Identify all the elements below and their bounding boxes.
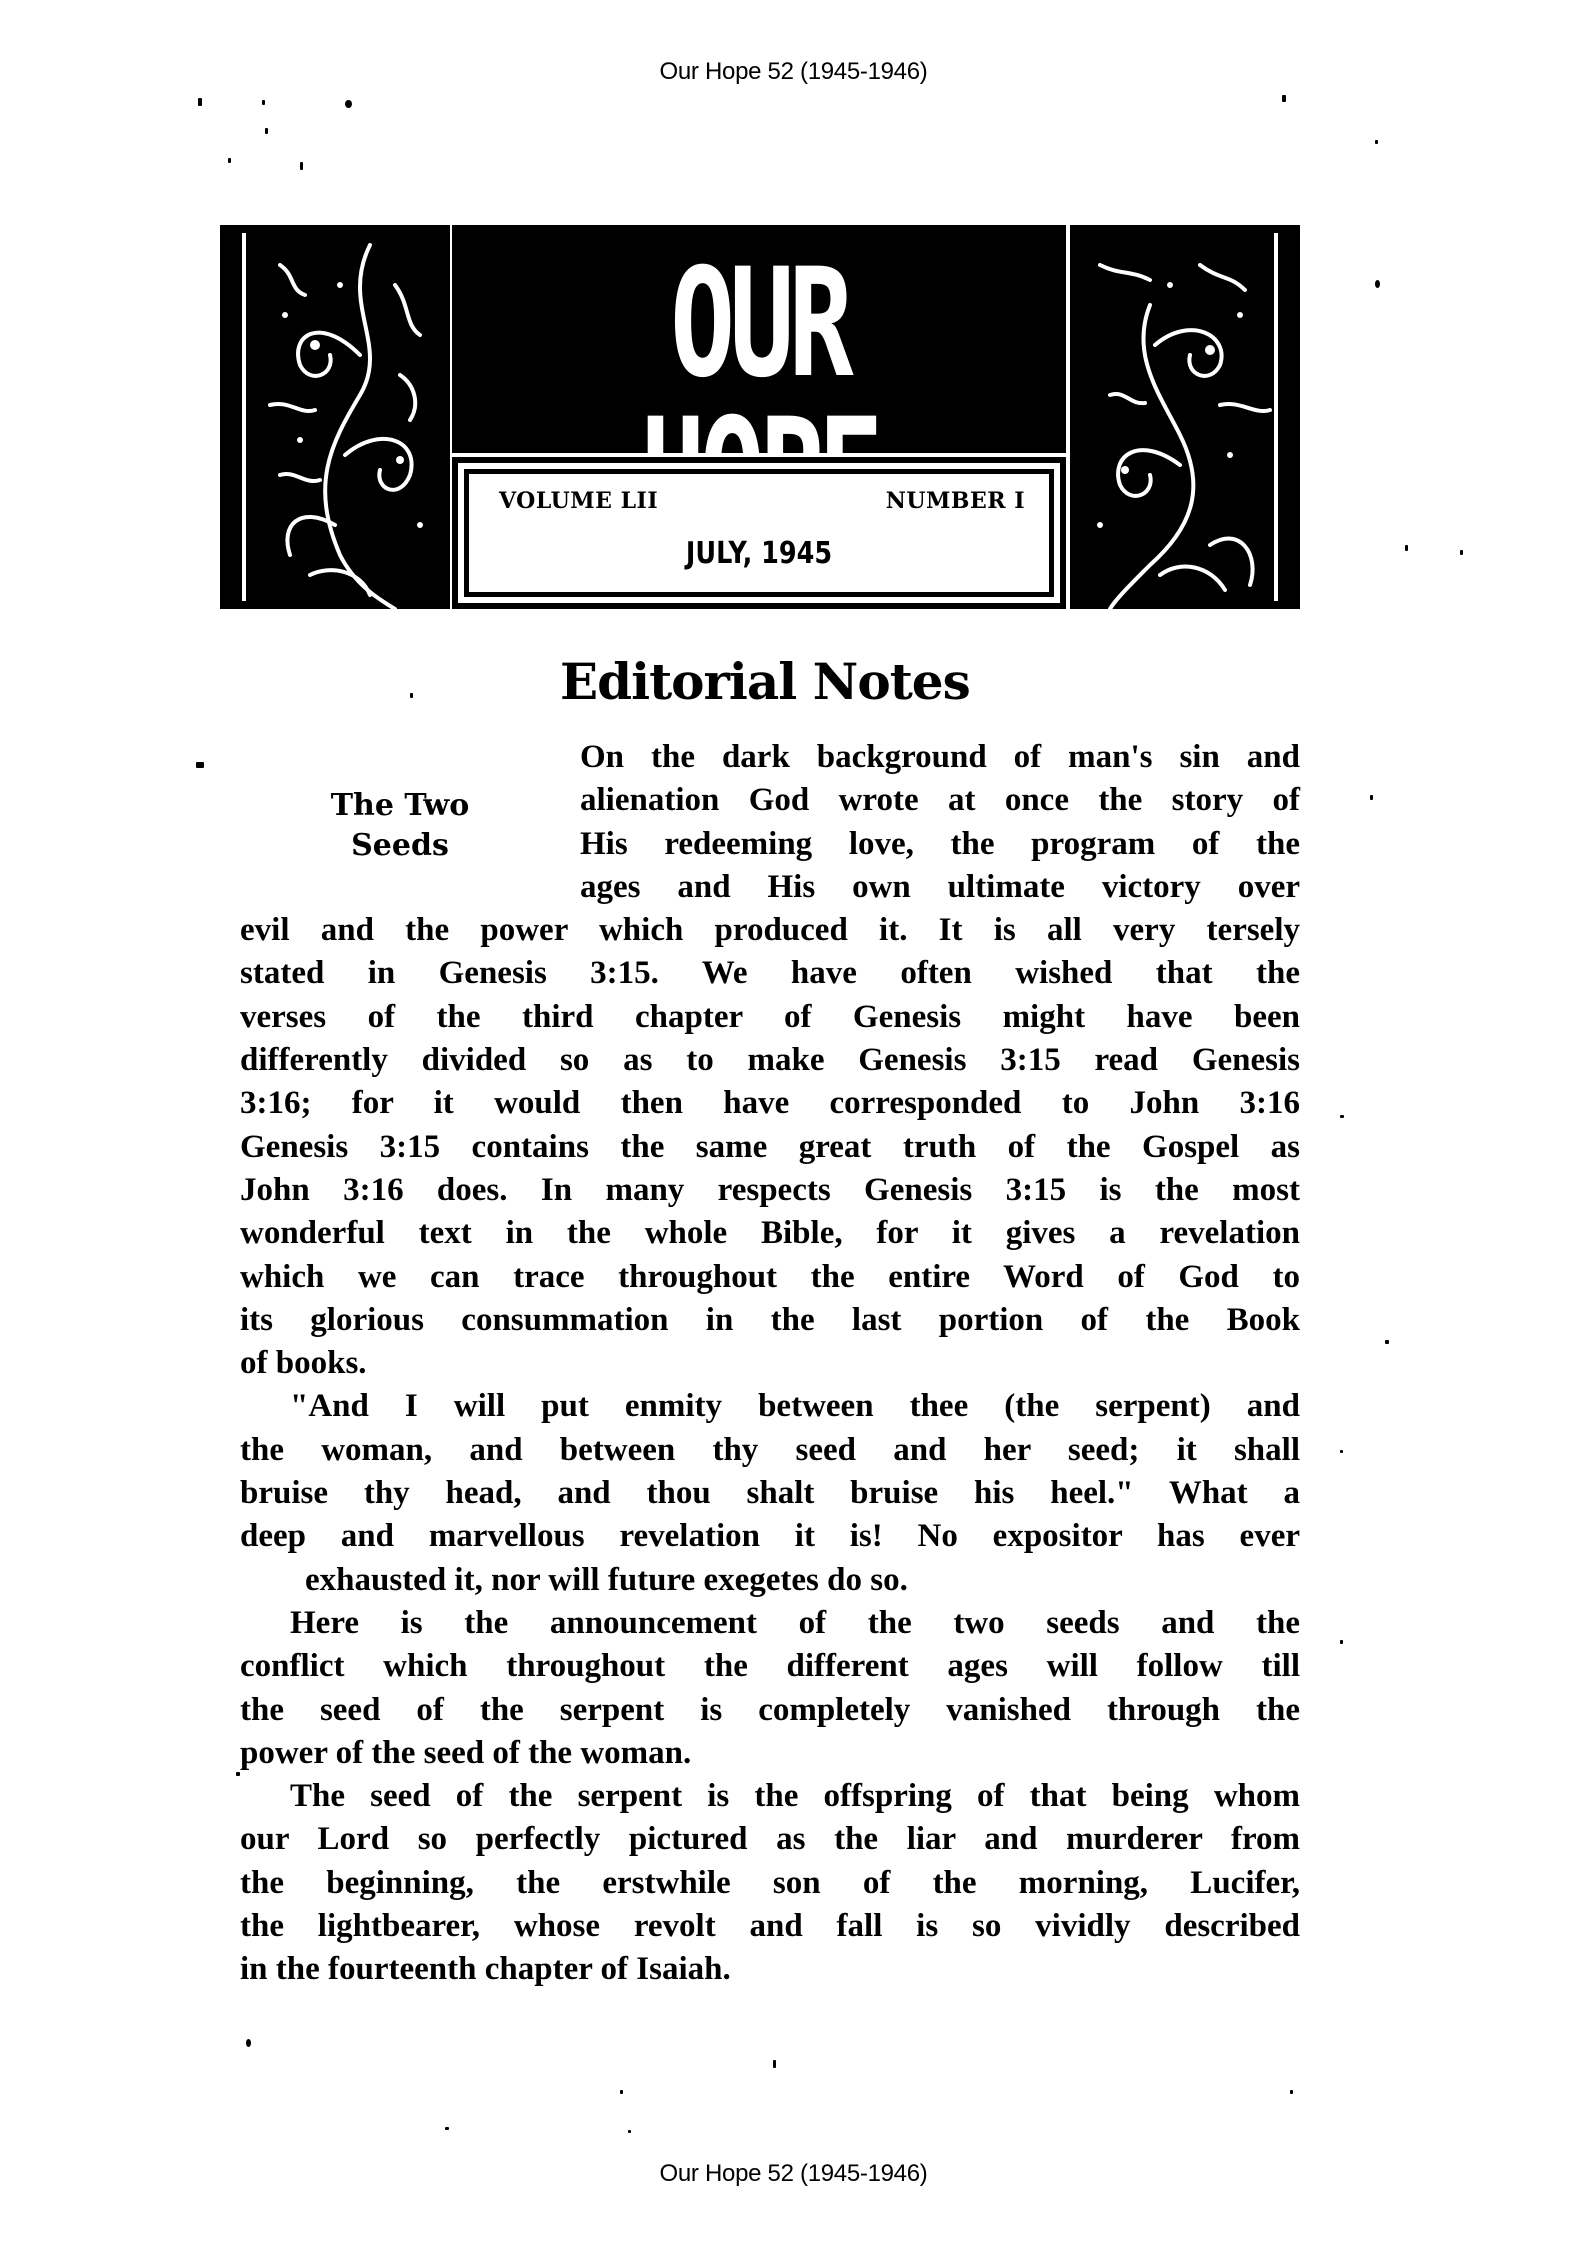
text-line: the woman, and between thy seed and her … (240, 1429, 1300, 1472)
masthead-title-panel: OUR HOPE (452, 225, 1066, 453)
article-title: Editorial Notes (560, 652, 970, 711)
text-line: ages and His own ultimate victory over (240, 866, 1300, 909)
text-line: bruise thy head, and thou shalt bruise h… (240, 1472, 1300, 1515)
text-line: in the fourteenth chapter of Isaiah. (240, 1948, 1300, 1991)
text-line: the seed of the serpent is completely va… (240, 1689, 1300, 1732)
text-line: His redeeming love, the program of the (240, 823, 1300, 866)
text-line: John 3:16 does. In many respects Genesis… (240, 1169, 1300, 1212)
text-line: On the dark background of man's sin and (240, 736, 1300, 779)
text-line: Here is the announcement of the two seed… (240, 1602, 1300, 1645)
text-line: of books. (240, 1342, 1300, 1385)
masthead: OUR HOPE VOLUME LII NUMBER I JULY, 1945 (220, 225, 1300, 609)
text-line: wonderful text in the whole Bible, for i… (240, 1212, 1300, 1255)
text-line: differently divided so as to make Genesi… (240, 1039, 1300, 1082)
text-line: the beginning, the erstwhile son of the … (240, 1862, 1300, 1905)
text-line: alienation God wrote at once the story o… (240, 779, 1300, 822)
text-line: its glorious consummation in the last po… (240, 1299, 1300, 1342)
text-line: deep and marvellous revelation it is! No… (240, 1515, 1300, 1558)
issue-date: JULY, 1945 (513, 536, 1006, 571)
running-head-bottom: Our Hope 52 (1945-1946) (0, 2160, 1587, 2188)
text-line: our Lord so perfectly pictured as the li… (240, 1818, 1300, 1861)
text-line: conflict which throughout the different … (240, 1645, 1300, 1688)
text-line: Genesis 3:15 contains the same great tru… (240, 1126, 1300, 1169)
article-body: On the dark background of man's sin and … (240, 736, 1300, 1992)
running-head-top: Our Hope 52 (1945-1946) (0, 58, 1587, 86)
issue-number-label: NUMBER I (886, 488, 1025, 514)
text-line: verses of the third chapter of Genesis m… (240, 996, 1300, 1039)
text-line: "And I will put enmity between thee (the… (240, 1385, 1300, 1428)
text-line: which we can trace throughout the entire… (240, 1256, 1300, 1299)
text-line: power of the seed of the woman. (240, 1732, 1300, 1775)
paragraph: On the dark background of man's sin and … (240, 736, 1300, 1385)
volume-label: VOLUME LII (499, 488, 658, 514)
text-line: the lightbearer, whose revolt and fall i… (240, 1905, 1300, 1948)
paragraph: Here is the announcement of the two seed… (240, 1602, 1300, 1775)
paragraph: "And I will put enmity between thee (the… (240, 1385, 1300, 1601)
floral-ornament-left-icon (220, 225, 450, 609)
text-line: The seed of the serpent is the offspring… (240, 1775, 1300, 1818)
text-line: 3:16; for it would then have corresponde… (240, 1082, 1300, 1125)
text-line: evil and the power which produced it. It… (240, 909, 1300, 952)
floral-ornament-right-icon (1070, 225, 1300, 609)
paragraph: The seed of the serpent is the offspring… (240, 1775, 1300, 1991)
masthead-info-panel: VOLUME LII NUMBER I JULY, 1945 (452, 457, 1066, 609)
text-line: exhausted it, nor will future exegetes d… (240, 1559, 1300, 1602)
text-line: stated in Genesis 3:15. We have often wi… (240, 952, 1300, 995)
